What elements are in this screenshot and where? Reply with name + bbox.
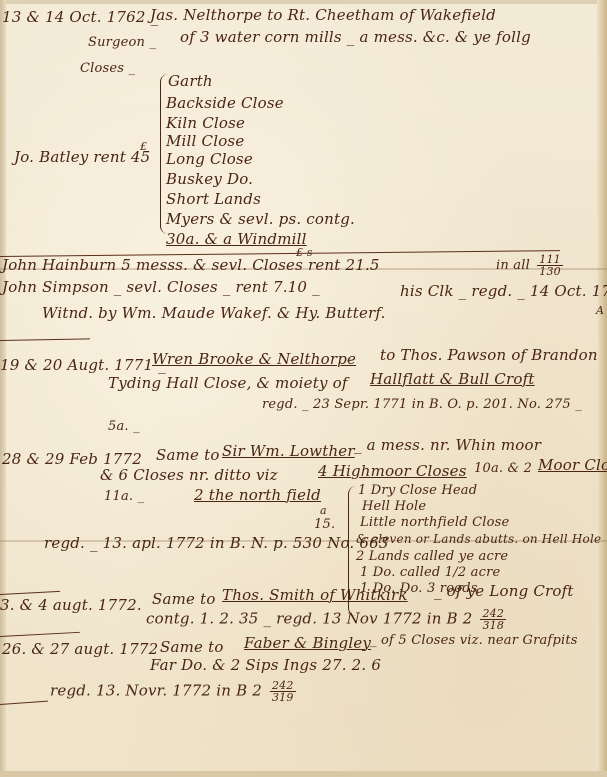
entry-2-property: Tyding Hall Close, & moiety of [108,374,348,392]
entry-2-grantors: Wren Brooke & Nelthorpe [152,350,356,368]
entry-3-same-to: Same to [156,446,220,464]
entry-5-registration-text: regd. 13. Novr. 1772 in B 2 [50,682,262,700]
entry-1-closes-label: Closes _ [80,60,135,78]
entry-5-property-2: Far Do. & 2 Sips Ings 27. 2. 6 [150,656,381,674]
entry-3-grantee: Sir Wm. Lowther [222,442,355,460]
entry-3-acres-total: 15. [314,516,335,534]
entry-5-fraction: 242 319 [270,680,296,703]
paper-edge-bottom [0,771,607,777]
fraction-denominator: 130 [539,266,561,277]
entry-4-property: _ of ye Long Croft [434,582,574,600]
entry-2-acres: 5a. _ [108,418,140,436]
entry-4-grantee: Thos. Smith of Whitkirk [222,586,408,604]
acres-label: in all [496,258,530,273]
entry-2-grantee: to Thos. Pawson of Brandon [380,346,598,364]
entry-2-date: 19 & 20 Augt. 1771 _ [0,356,166,374]
divider-rule [0,632,80,637]
entry-4-registered: contg. 1. 2. 35 _ regd. 13 Nov 1772 in B… [146,608,506,631]
divider-rule [0,701,48,705]
close-item: Kiln Close [166,114,245,132]
entry-5-property: _ of 5 Closes viz. near Grafpits [370,632,578,650]
entry-1-tenant: Jo. Batley rent 45 [14,148,150,166]
paper-edge-left [0,0,6,777]
entry-5-same-to: Same to [160,638,224,656]
entry-4-date: 3. & 4 augt. 1772. [0,596,142,614]
entry-3-highmoor: 4 Highmoor Closes [318,462,467,480]
close-item: Myers & sevl. ps. contg. [166,210,355,228]
entry-3-moor-closes: Moor Closes [538,456,607,474]
entry-1-occupation: Surgeon _ [88,34,156,52]
entry-3-property: _ a mess. nr. Whin moor [354,436,541,454]
entry-1-parties: Jas. Nelthorpe to Rt. Cheetham of Wakefi… [150,6,496,24]
corner-mark: A [596,302,604,320]
entry-3-acres: 11a. _ [104,488,144,506]
close-item: Garth [168,72,213,90]
close-item: Buskey Do. [166,170,253,188]
paper-edge-top [0,0,607,4]
entry-1-date: 13 & 14 Oct. 1762 _ [2,8,158,26]
fraction-denominator: 319 [272,692,294,703]
entry-1-simpson: John Simpson _ sevl. Closes _ rent 7.10 … [2,278,320,296]
divider-rule [0,338,90,341]
entry-4-same-to: Same to [152,590,216,608]
entry-3-closes: & 6 Closes nr. ditto viz [100,466,278,484]
manuscript-page: 13 & 14 Oct. 1762 _ Jas. Nelthorpe to Rt… [0,0,607,777]
acres-fraction: 111 130 [537,254,563,277]
close-item: Mill Close [166,132,244,150]
entry-3-acreage: 10a. & 2 [474,460,532,478]
entry-4-fraction: 242 318 [480,608,506,631]
entry-3-registered: regd. _ 13. apl. 1772 in B. N. p. 530 No… [44,534,389,552]
paper-edge-right [597,0,607,777]
entry-5-registered: regd. 13. Novr. 1772 in B 2 242 319 [50,680,296,703]
entry-1-registered: his Clk _ regd. _ 14 Oct. 1762 [400,282,607,300]
close-item: 30a. & a Windmill [166,230,307,248]
close-item: Backside Close [166,94,284,112]
entry-2-registered: regd. _ 23 Sepr. 1771 in B. O. p. 201. N… [262,396,582,414]
entry-5-grantees: Faber & Bingley [244,634,371,652]
entry-5-date: 26. & 27 augt. 1772 [2,640,158,658]
acres-total: in all 111 130 [496,254,563,277]
divider-rule [0,591,60,595]
fraction-denominator: 318 [482,620,504,631]
entry-1-hainburn: John Hainburn 5 messs. & sevl. Closes re… [2,256,380,274]
entry-2-property-fields: Hallflatt & Bull Croft [370,370,535,388]
entry-1-witness: Witnd. by Wm. Maude Wakef. & Hy. Butterf… [42,304,386,322]
entry-3-northfield: 2 the north field [194,486,321,504]
close-item: Long Close [166,150,253,168]
entry-4-registration-text: contg. 1. 2. 35 _ regd. 13 Nov 1772 in B… [146,610,472,628]
close-item: Short Lands [166,190,261,208]
field-item: & eleven or Lands abutts. on Hell Hole [356,530,601,548]
entry-1-property: of 3 water corn mills _ a mess. &c. & ye… [180,28,531,46]
